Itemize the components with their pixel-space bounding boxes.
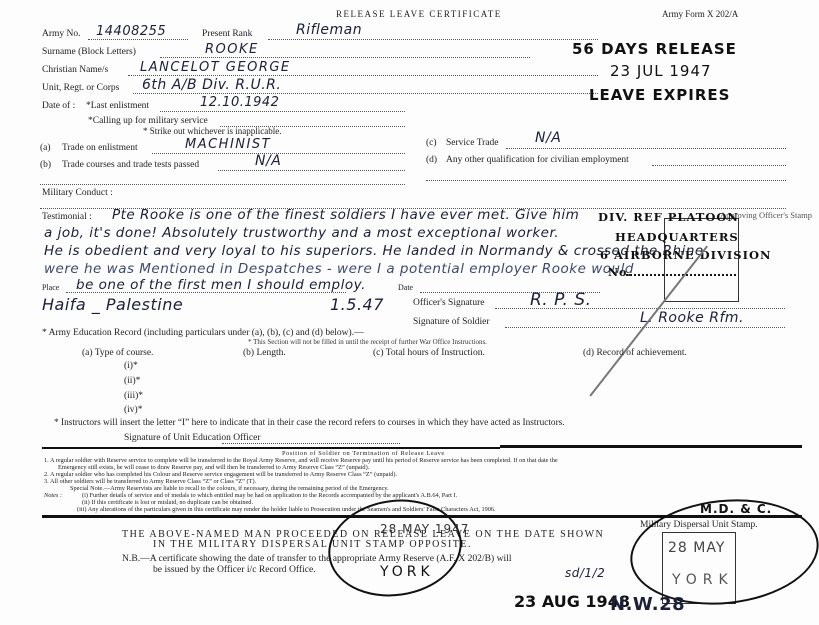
termination-note-i: (i) Further details of service and of me… bbox=[82, 492, 457, 499]
army-no-line bbox=[88, 39, 188, 40]
education-column-a: (a) Type of course. bbox=[82, 348, 153, 358]
education-row-ii: (ii)* bbox=[124, 376, 140, 386]
surname-line bbox=[160, 57, 530, 58]
testimonial-line-5: be one of the first men I should employ. bbox=[76, 277, 366, 293]
york-stamp-2-city: YORK bbox=[672, 572, 734, 588]
york-stamp-2-date: 28 MAY bbox=[668, 540, 725, 556]
trade-b-label: Trade courses and trade tests passed bbox=[62, 160, 199, 170]
trade-d-extra-line bbox=[426, 180, 786, 181]
section-divider-right bbox=[500, 445, 802, 448]
strike-out-note: * Strike out whichever is inapplicable. bbox=[143, 126, 281, 136]
instructors-note: * Instructors will insert the letter “I”… bbox=[54, 418, 565, 428]
christian-names-line bbox=[128, 75, 598, 76]
trade-c-line bbox=[506, 148, 786, 149]
last-enlistment-value: 12.10.1942 bbox=[200, 95, 279, 110]
release-stamp-expires: LEAVE EXPIRES bbox=[589, 86, 730, 104]
testimonial-line-4: were he was Mentioned in Despatches - we… bbox=[44, 261, 634, 277]
date-of-label: Date of : bbox=[42, 101, 75, 111]
unit-label: Unit, Regt. or Corps bbox=[42, 83, 119, 93]
termination-note-ii: (ii) If this certificate is lost or misl… bbox=[82, 499, 253, 506]
termination-special-note: Special Note.—Army Reservists are liable… bbox=[70, 485, 389, 492]
unit-value: 6th A/B Div. R.U.R. bbox=[142, 77, 281, 93]
education-note: * This Section will not be filled in unt… bbox=[248, 338, 487, 346]
army-no-label: Army No. bbox=[42, 29, 81, 39]
education-row-i: (i)* bbox=[124, 361, 138, 371]
date-value: 1.5.47 bbox=[330, 295, 384, 314]
education-heading: * Army Education Record (including parti… bbox=[42, 328, 364, 338]
termination-item-1: 1. A regular soldier with Reserve servic… bbox=[44, 457, 558, 464]
trade-b-value: N/A bbox=[255, 153, 281, 169]
army-no-value: 14408255 bbox=[96, 24, 166, 39]
form-number: Army Form X 202/A bbox=[662, 9, 738, 19]
education-row-iii: (iii)* bbox=[124, 391, 143, 401]
present-rank-value: Rifleman bbox=[296, 22, 362, 38]
trade-c-marker: (c) bbox=[426, 138, 437, 148]
div-stamp-line-2: HEADQUARTERS bbox=[615, 230, 739, 244]
date-label: Date bbox=[398, 283, 413, 292]
christian-names-label: Christian Name/s bbox=[42, 65, 108, 75]
bottom-handwritten-initials: sd/1/2 bbox=[565, 566, 605, 580]
trade-d-marker: (d) bbox=[426, 155, 437, 165]
termination-heading: Position of Soldier on Termination of Re… bbox=[282, 450, 445, 457]
education-officer-signature-line bbox=[222, 443, 400, 444]
div-stamp-line-4: No. bbox=[608, 266, 632, 279]
trade-a-marker: (a) bbox=[40, 143, 51, 153]
soldier-signature-label: Signature of Soldier bbox=[413, 317, 490, 327]
york-stamp-2-top: M.D. & C. bbox=[700, 502, 772, 516]
calling-up-label: *Calling up for military service bbox=[88, 116, 208, 126]
soldier-signature-line bbox=[505, 327, 785, 328]
trade-b-extra-line bbox=[40, 184, 405, 185]
trade-c-value: N/A bbox=[535, 130, 561, 146]
education-officer-signature-label: Signature of Unit Education Officer bbox=[124, 433, 260, 443]
surname-label: Surname (Block Letters) bbox=[42, 47, 136, 57]
education-row-iv: (iv)* bbox=[124, 405, 142, 415]
military-conduct-label: Military Conduct : bbox=[42, 188, 113, 198]
nb-line-2: be issued by the Officer i/c Record Offi… bbox=[153, 564, 316, 575]
testimonial-line-2: a job, it's done! Absolutely trustworthy… bbox=[44, 225, 559, 241]
div-stamp-number-line bbox=[626, 274, 736, 276]
surname-value: ROOKE bbox=[205, 42, 259, 57]
testimonial-label: Testimonial : bbox=[42, 212, 92, 222]
release-stamp-days: 56 DAYS RELEASE bbox=[572, 40, 737, 58]
trade-b-marker: (b) bbox=[40, 160, 51, 170]
release-stamp-date: 23 JUL 1947 bbox=[610, 62, 712, 80]
termination-item-3: 3. All other soldiers will be transferre… bbox=[44, 478, 256, 485]
trade-b-line bbox=[218, 170, 405, 171]
officer-signature-label: Officer's Signature bbox=[413, 298, 484, 308]
christian-names-value: LANCELOT GEORGE bbox=[140, 60, 291, 75]
education-column-d: (d) Record of achievement. bbox=[583, 348, 687, 358]
last-enlistment-label: *Last enlistment bbox=[86, 101, 149, 111]
termination-notes-label: Notes : bbox=[44, 492, 62, 499]
termination-item-2: 2. A regular soldier who has completed h… bbox=[44, 471, 397, 478]
div-stamp-line-3: 6 AIRBORNE DIVISION bbox=[600, 248, 772, 262]
last-enlistment-line bbox=[160, 111, 405, 112]
trade-d-label: Any other qualification for civilian emp… bbox=[446, 155, 629, 165]
present-rank-line bbox=[268, 39, 598, 40]
york-stamp-1-city: YORK bbox=[380, 564, 434, 580]
york-stamp-1-date: 28 MAY 1947 bbox=[380, 522, 469, 536]
trade-d-line bbox=[652, 165, 786, 166]
testimonial-line-1: Pte Rooke is one of the finest soldiers … bbox=[112, 207, 579, 223]
certificate-title: RELEASE LEAVE CERTIFICATE bbox=[336, 9, 502, 19]
officer-signature-value: R. P. S. bbox=[530, 290, 592, 310]
place-label: Place bbox=[42, 283, 59, 292]
present-rank-label: Present Rank bbox=[202, 29, 252, 39]
trade-a-value: MACHINIST bbox=[185, 137, 271, 152]
trade-c-label: Service Trade bbox=[446, 138, 499, 148]
trade-a-label: Trade on enlistment bbox=[62, 143, 138, 153]
education-column-b: (b) Length. bbox=[243, 348, 286, 358]
education-column-c: (c) Total hours of Instruction. bbox=[373, 348, 485, 358]
unit-line bbox=[133, 93, 598, 94]
bottom-handwritten-ref: N.W.28 bbox=[610, 594, 685, 615]
div-stamp-line-1: DIV. REF PLATOON bbox=[598, 210, 739, 224]
place-value: Haifa _ Palestine bbox=[42, 295, 183, 314]
section-divider-left bbox=[42, 447, 500, 449]
termination-item-1b: Emergency still exists, he will cease to… bbox=[58, 464, 369, 471]
